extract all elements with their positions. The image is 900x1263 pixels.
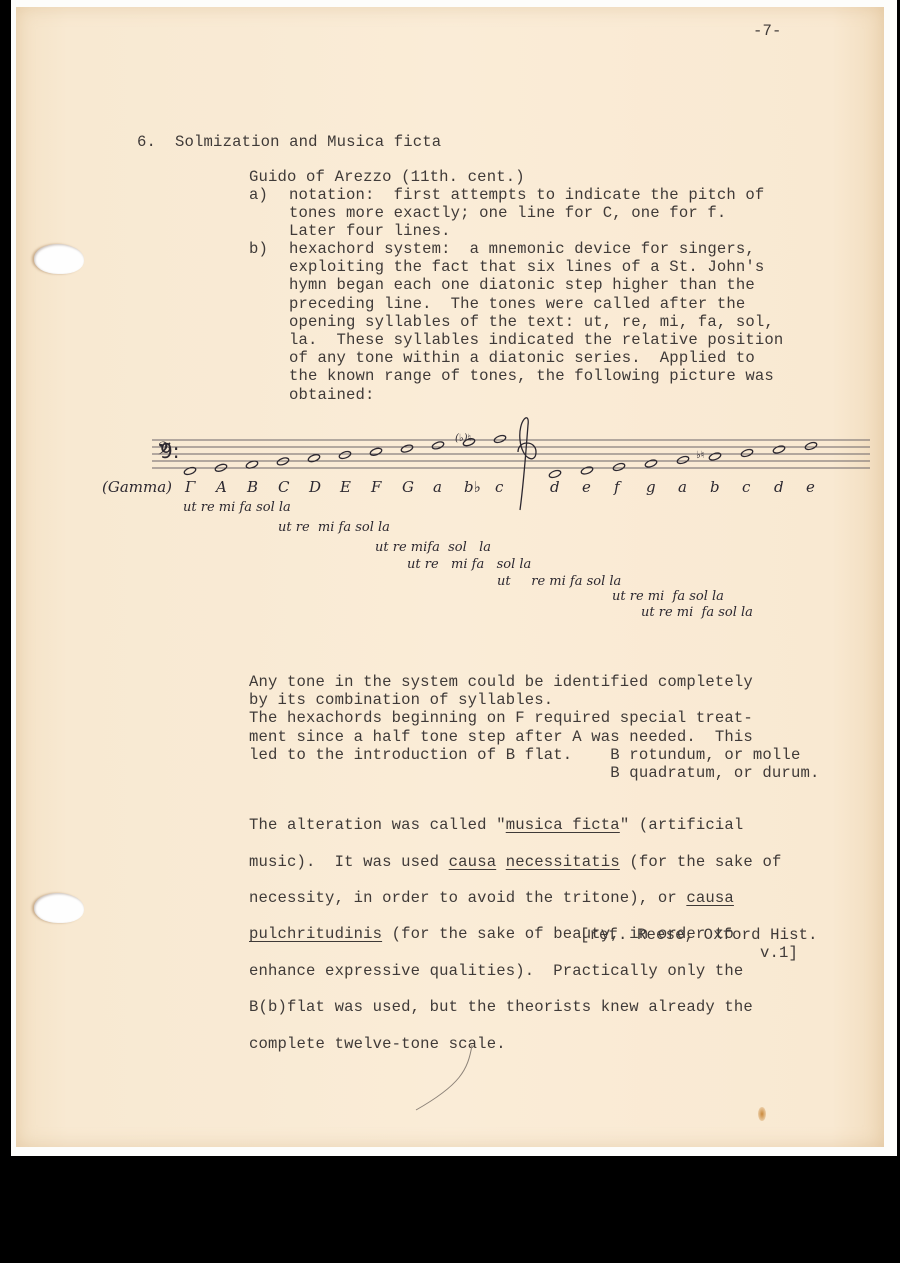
hexachord-row: ut re mi fa sol la <box>641 605 753 620</box>
text-line: The alteration was called "musica ficta"… <box>249 816 781 834</box>
text-span: The alteration was called " <box>249 816 506 834</box>
reference-volume: v.1] <box>760 944 798 962</box>
text-line: Any tone in the system could be identifi… <box>249 673 819 691</box>
note-name: C <box>278 478 289 496</box>
hexachord-row: ut re mifa sol la <box>375 540 491 555</box>
note-name: g <box>646 478 656 496</box>
text-line: necessity, in order to avoid the tritone… <box>249 889 781 907</box>
note-name: b♭ <box>464 478 481 496</box>
hexachord-row: ut re mi fa sol la <box>278 520 390 535</box>
text-line: enhance expressive qualities). Practical… <box>249 962 781 980</box>
note-name: G <box>402 478 414 496</box>
hexachord-row: ut re mi fa sol la <box>183 500 291 515</box>
notehead <box>740 448 753 458</box>
note-name: E <box>340 478 351 496</box>
note-name: F <box>371 478 381 496</box>
punch-hole <box>34 893 84 923</box>
term-causa: causa <box>449 853 497 871</box>
hexachord-row: ut re mi fa sol la <box>612 589 724 604</box>
note-name: D <box>309 478 321 496</box>
term-necessitatis: necessitatis <box>506 853 620 871</box>
text-line: B quadratum, or durum. <box>249 764 819 782</box>
notehead <box>644 459 657 469</box>
notehead <box>676 455 689 465</box>
note-name: e <box>582 478 591 496</box>
note-name: e <box>806 478 815 496</box>
gamma-label: (Gamma) <box>102 478 172 496</box>
term-pulchritudinis: pulchritudinis <box>249 925 382 943</box>
notehead <box>772 445 785 455</box>
note-name: d <box>774 478 784 496</box>
term-musica-ficta: musica ficta <box>506 816 620 834</box>
paper-stain <box>758 1107 766 1121</box>
notehead <box>307 453 320 463</box>
term-causa: causa <box>686 889 734 907</box>
note-name: c <box>742 478 750 496</box>
note-name: b <box>710 478 720 496</box>
text-span: necessity, in order to avoid the tritone… <box>249 889 686 907</box>
notehead <box>580 466 593 476</box>
text-line: The hexachords beginning on F required s… <box>249 709 819 727</box>
notehead <box>708 452 721 462</box>
note-name: a <box>678 478 687 496</box>
text-line: B(b)flat was used, but the theorists kne… <box>249 998 781 1016</box>
text-line: by its combination of syllables. <box>249 691 819 709</box>
text-span: (for the sake of <box>620 853 782 871</box>
notehead <box>400 444 413 454</box>
hexachord-row: ut re mi fa sol la <box>497 574 621 589</box>
notehead <box>431 441 444 451</box>
note-name: f <box>614 478 620 496</box>
notehead <box>493 434 506 444</box>
note-name: d <box>550 478 560 496</box>
text-line: ment since a half tone step after A was … <box>249 728 819 746</box>
notehead <box>804 441 817 451</box>
accidental-mark: ♭♮ <box>696 450 704 461</box>
paragraph-hexachord-identification: Any tone in the system could be identifi… <box>249 673 819 782</box>
note-name: A <box>216 478 227 496</box>
hexachord-row: ut re mi fa sol la <box>407 557 531 572</box>
text-line: music). It was used causa necessitatis (… <box>249 853 781 871</box>
treble-clef-icon <box>518 418 536 510</box>
note-name: B <box>247 478 258 496</box>
staff-lines <box>152 440 870 468</box>
note-name: Γ <box>185 478 195 496</box>
reference-line: [ref. Reese, Oxford Hist. <box>580 926 818 944</box>
note-name: a <box>433 478 442 496</box>
text-span: music). It was used <box>249 853 449 871</box>
noteheads <box>183 434 817 479</box>
bass-clef-glyph: 9: <box>160 439 179 463</box>
notehead <box>338 450 351 460</box>
text-span: " (artificial <box>620 816 744 834</box>
text-span <box>496 853 506 871</box>
text-line: led to the introduction of B flat. B rot… <box>249 746 819 764</box>
notehead <box>612 462 625 472</box>
text-line: complete twelve-tone scale. <box>249 1035 781 1053</box>
notehead <box>369 447 382 457</box>
note-name: c <box>495 478 503 496</box>
accidental-mark: (♭)♮ <box>455 433 471 444</box>
